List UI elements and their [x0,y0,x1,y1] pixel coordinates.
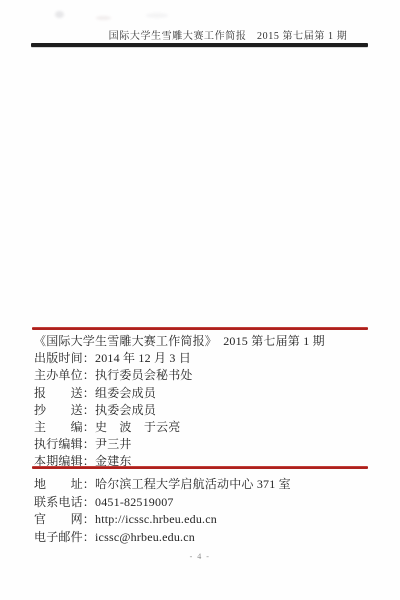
row-value: 2014 年 12 月 3 日 [95,351,191,365]
website-value: http://icssc.hrbeu.edu.cn [95,512,217,526]
phone-value: 0451-82519007 [95,495,174,509]
row-value: 尹三井 [95,437,132,451]
contact-row-email: 电子邮件：icssc@hrbeu.edu.cn [34,529,380,547]
scan-artifact [55,11,64,18]
row-label: 出版时间： [34,351,95,365]
colophon-row: 抄 送：执委会成员 [34,402,380,419]
row-label: 电子邮件： [34,530,95,544]
address-value: 哈尔滨工程大学启航活动中心 371 室 [95,477,291,491]
scan-artifact [96,16,111,20]
colophon-row: 出版时间：2014 年 12 月 3 日 [34,350,380,367]
colophon-block: 《国际大学生雪雕大赛工作简报》 2015 第七届第 1 期 出版时间：2014 … [34,333,380,471]
email-value: icssc@hrbeu.edu.cn [95,530,195,544]
row-label: 抄 送： [34,403,95,417]
contact-row-address: 地 址：哈尔滨工程大学启航活动中心 371 室 [34,476,380,494]
red-rule-bottom [32,466,368,469]
row-value: 执行委员会秘书处 [95,368,193,382]
page-number: - 4 - [0,552,400,561]
issue-number: 2015 第七届第 1 期 [223,334,325,348]
row-value: 组委会成员 [95,386,156,400]
document-page: 国际大学生雪雕大赛工作简报 2015 第七届第 1 期 《国际大学生雪雕大赛工作… [0,0,400,600]
row-value: 执委会成员 [95,403,156,417]
row-label: 主办单位： [34,368,95,382]
scan-artifact [146,13,168,18]
row-label: 联系电话： [34,495,95,509]
row-label: 主 编： [34,420,95,434]
header-rule [31,43,368,47]
contact-row-website: 官 网：http://icssc.hrbeu.edu.cn [34,511,380,529]
contact-block: 地 址：哈尔滨工程大学启航活动中心 371 室 联系电话：0451-825190… [34,476,380,546]
colophon-row: 主 编：史 波 于云亮 [34,419,380,436]
row-label: 官 网： [34,512,95,526]
row-label: 报 送： [34,386,95,400]
row-label: 执行编辑： [34,437,95,451]
bulletin-title: 《国际大学生雪雕大赛工作简报》 [34,334,223,348]
colophon-row: 主办单位：执行委员会秘书处 [34,367,380,384]
colophon-title-row: 《国际大学生雪雕大赛工作简报》 2015 第七届第 1 期 [34,333,380,350]
row-value: 史 波 于云亮 [95,420,180,434]
contact-row-phone: 联系电话：0451-82519007 [34,494,380,512]
colophon-row: 报 送：组委会成员 [34,385,380,402]
red-rule-top [32,327,368,330]
colophon-row: 执行编辑：尹三井 [34,436,380,453]
page-header-title: 国际大学生雪雕大赛工作简报 2015 第七届第 1 期 [0,27,400,42]
row-label: 地 址： [34,477,95,491]
